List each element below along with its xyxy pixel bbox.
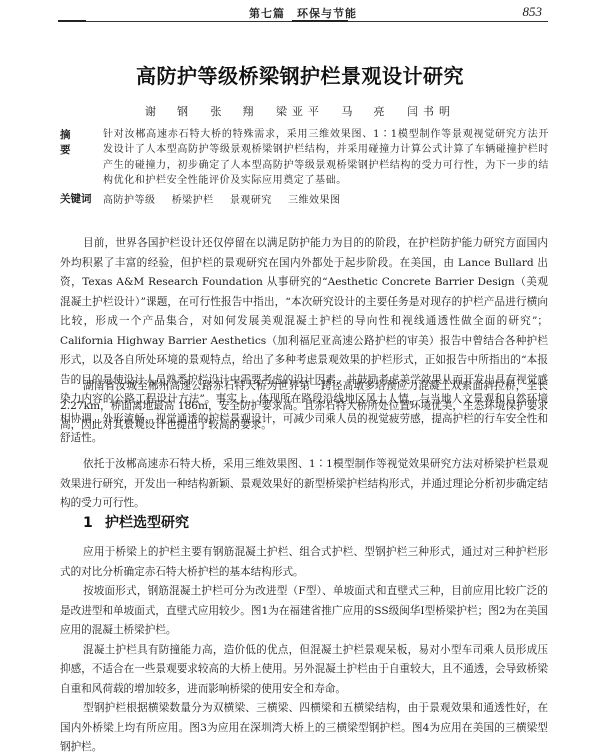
header-rule-accent (58, 20, 86, 22)
section-title: 护栏选型研究 (105, 515, 189, 531)
running-header: 第七篇 环保与节能 853 (58, 3, 548, 21)
keywords-label: 关键词 (60, 191, 92, 206)
author-list: 谢 钢 张 翔 梁亚平 马 亮 闫书明 (0, 103, 600, 119)
paragraph-text: 依托于汝郴高速赤石特大桥，采用三维效果图、1∶1模型制作等视觉效果研究方法对桥梁… (60, 455, 548, 514)
header-rule-accent (292, 20, 348, 22)
paragraph-text: 应用于桥梁上的护栏主要有钢筋混凝土护栏、组合式护栏、型钢护栏三种形式，通过对三种… (60, 543, 548, 582)
paragraph-text: 型钢护栏根据横梁数量分为双横梁、三横梁、四横梁和五横梁结构，由于景观效果和通透性… (60, 699, 548, 755)
keyword: 三维效果图 (288, 195, 341, 206)
page-number: 853 (523, 4, 543, 20)
paper-title: 高防护等级桥梁钢护栏景观设计研究 (0, 60, 600, 89)
author: 梁亚平 (276, 105, 324, 118)
abstract-text: 针对汝郴高速赤石特大桥的特殊需求，采用三维效果图、1∶1模型制作等景观视觉研究方… (103, 127, 549, 188)
paragraph-text: 湖南省汝城至郴州高速公路赤石特大桥为世界第一跨径高墩多塔预应力混凝土双索面斜拉桥… (60, 377, 548, 436)
running-header-section: 第七篇 环保与节能 (58, 5, 548, 21)
author: 闫书明 (407, 105, 455, 118)
author: 张 翔 (211, 105, 259, 118)
section-heading: 1护栏选型研究 (83, 512, 189, 532)
author: 马 亮 (342, 105, 390, 118)
section-body: 应用于桥梁上的护栏主要有钢筋混凝土护栏、组合式护栏、型钢护栏三种形式，通过对三种… (60, 543, 548, 755)
keyword: 高防护等级 (103, 195, 156, 206)
keyword: 桥梁护栏 (172, 195, 214, 206)
paragraph-text: 按坡面形式，钢筋混凝土护栏可分为改进型（F型）、单坡面式和直壁式三种，目前应用比… (60, 582, 548, 641)
intro-paragraph: 湖南省汝城至郴州高速公路赤石特大桥为世界第一跨径高墩多塔预应力混凝土双索面斜拉桥… (60, 377, 548, 436)
paragraph-text: 混凝土护栏具有防撞能力高，造价低的优点，但混凝土护栏景观呆板，易对小型车司乘人员… (60, 641, 548, 700)
author: 谢 钢 (145, 105, 193, 118)
abstract-label: 摘 要 (60, 127, 100, 157)
keyword-list: 高防护等级 桥梁护栏 景观研究 三维效果图 (103, 191, 354, 206)
section-number: 1 (83, 515, 105, 531)
keyword: 景观研究 (230, 195, 272, 206)
intro-paragraph: 依托于汝郴高速赤石特大桥，采用三维效果图、1∶1模型制作等视觉效果研究方法对桥梁… (60, 455, 548, 514)
